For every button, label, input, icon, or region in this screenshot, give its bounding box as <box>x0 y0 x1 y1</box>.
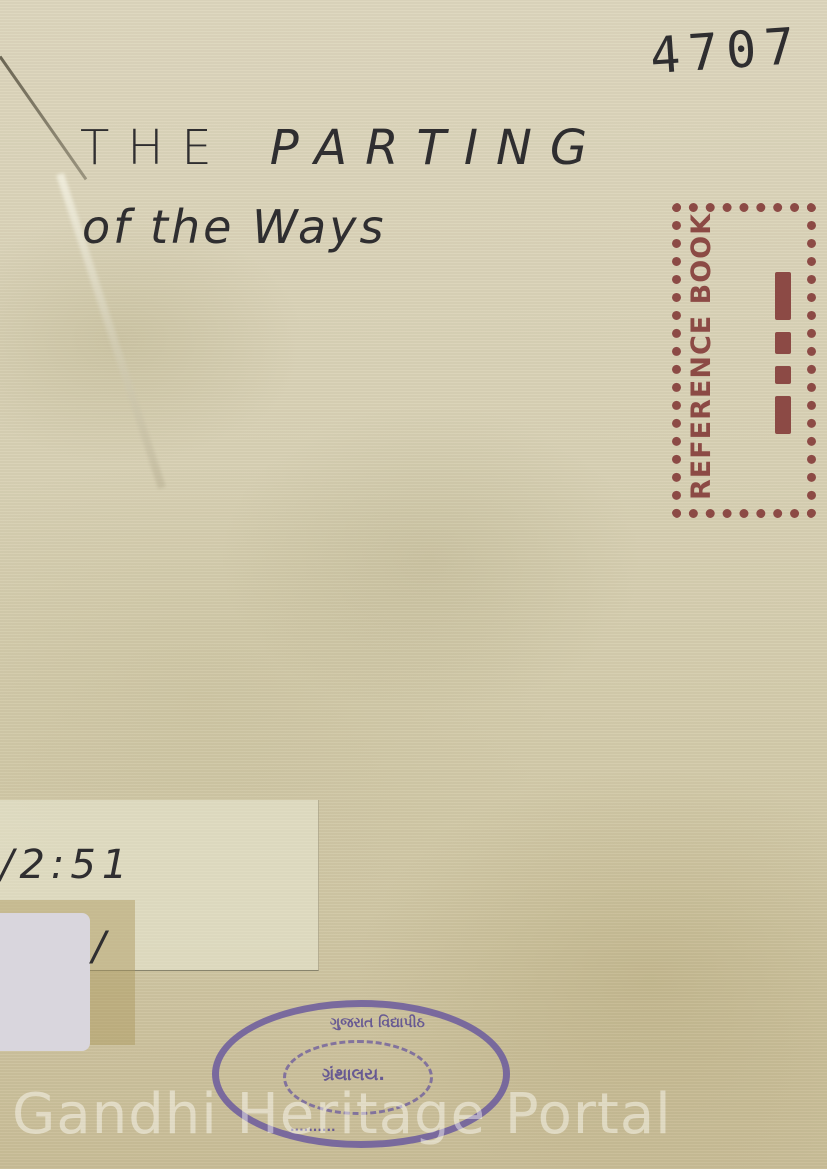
paper-crease-line <box>0 56 87 181</box>
title-word-the: THE <box>80 120 230 176</box>
library-stamp-top-text: ગુજરાત વિદ્યાપીઠ <box>330 1015 425 1031</box>
white-sticker-label <box>0 913 90 1051</box>
reference-book-stamp-text: REFERENCE BOOK <box>682 210 722 500</box>
call-number: /2:51 <box>0 842 133 888</box>
call-number-line2: / <box>92 924 105 970</box>
accession-number: 4707 <box>648 17 804 85</box>
book-cover-page: 4707 THEPARTING of the Ways REFERENCE BO… <box>0 0 827 1169</box>
watermark: Gandhi Heritage Portal <box>12 1082 672 1147</box>
title-word-parting: PARTING <box>270 120 605 176</box>
reference-stamp-bars <box>775 272 793 446</box>
handwritten-title-line2: of the Ways <box>82 200 386 254</box>
handwritten-title-line1: THEPARTING <box>80 120 605 176</box>
